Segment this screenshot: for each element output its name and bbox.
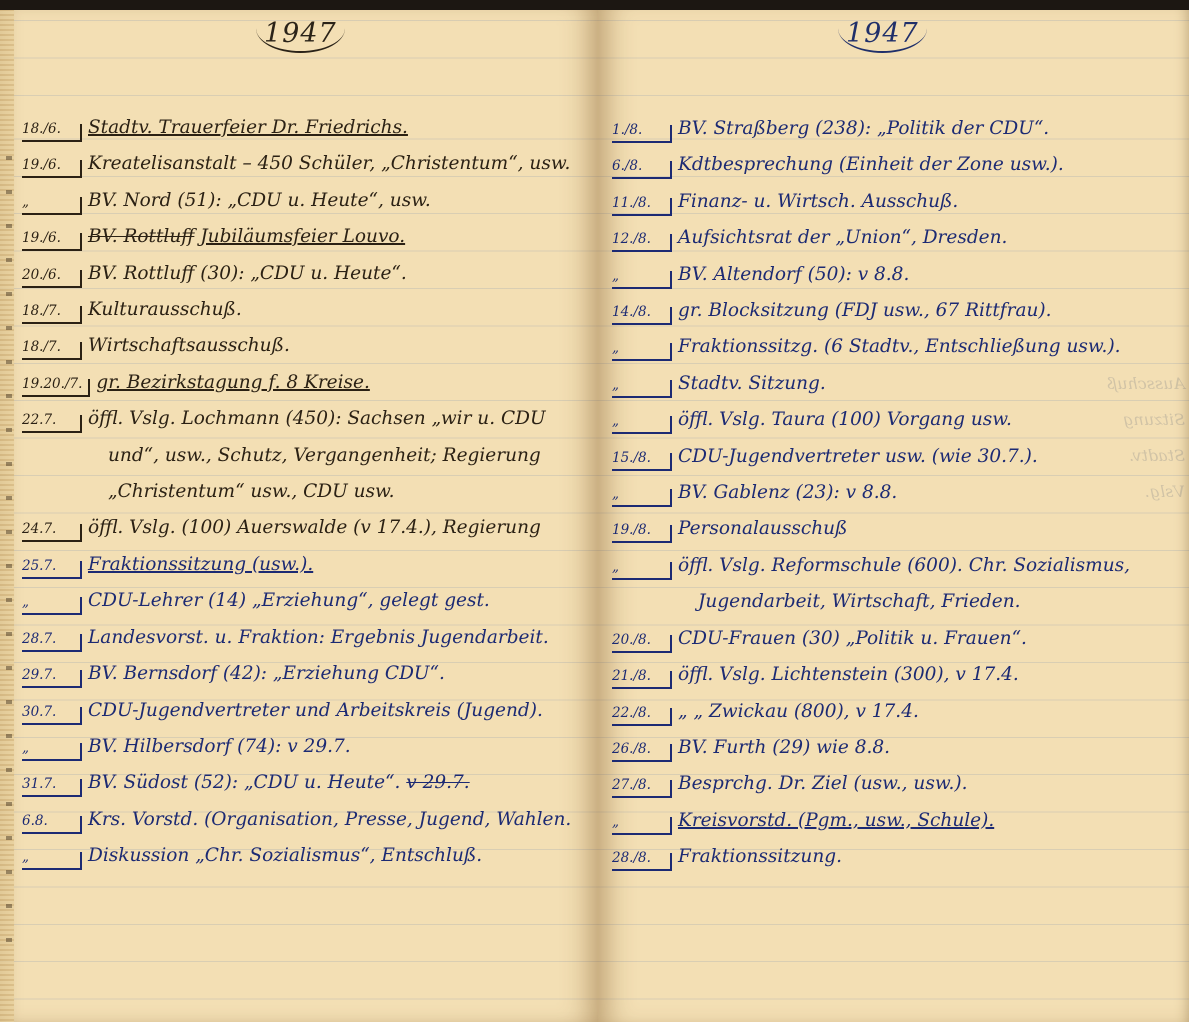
entry-date: 14./8. [612, 301, 672, 325]
entry-date: 28./8. [612, 847, 672, 871]
diary-entry: 1./8. BV. Straßberg (238): „Politik der … [612, 111, 1179, 147]
entry-text: BV. Südost (52): „CDU u. Heute“. [88, 765, 400, 801]
diary-entry: 28.7. Landesvorst. u. Fraktion: Ergebnis… [22, 620, 588, 656]
entry-date: 24.7. [22, 518, 82, 542]
entry-text: Fraktionssitzung (usw.). [88, 547, 313, 583]
entry-text: Kreisvorstd. (Pgm., usw., Schule). [678, 803, 994, 839]
entry-text: CDU-Jugendvertreter usw. (wie 30.7.). [678, 439, 1038, 475]
notebook-spread: 1947 18./6. Stadtv. Trauerfeier Dr. Frie… [0, 6, 1189, 1022]
book-top-edge [0, 0, 1189, 10]
entry-date: 18./6. [22, 118, 82, 142]
diary-entry: „ BV. Nord (51): „CDU u. Heute“, usw. [22, 183, 588, 219]
diary-entry: 6.8. Krs. Vorstd. (Organisation, Presse,… [22, 802, 588, 838]
entry-text: Wirtschaftsausschuß. [88, 328, 290, 364]
right-page: AusschußSitzungStadtv.Vslg. 1947 1./8. B… [598, 6, 1189, 1022]
entry-text: BV. Straßberg (238): „Politik der CDU“. [678, 111, 1049, 147]
diary-entry: 20./6. BV. Rottluff (30): „CDU u. Heute“… [22, 256, 588, 292]
entry-text: CDU-Lehrer (14) „Erziehung“, gelegt gest… [88, 583, 490, 619]
entry-text: Krs. Vorstd. (Organisation, Presse, Juge… [88, 802, 571, 838]
left-entry-list: 18./6. Stadtv. Trauerfeier Dr. Friedrich… [22, 110, 588, 875]
entry-date: 18./7. [22, 336, 82, 360]
entry-date: 18./7. [22, 300, 82, 324]
entry-date: 31.7. [22, 773, 82, 797]
diary-entry: „ Fraktionssitzg. (6 Stadtv., Entschließ… [612, 329, 1179, 365]
diary-entry: 18./7. Kulturausschuß. [22, 292, 588, 328]
diary-entry: 14./8. gr. Blocksitzung (FDJ usw., 67 Ri… [612, 293, 1179, 329]
entry-date: 28.7. [22, 628, 82, 652]
diary-entry: 12./8. Aufsichtsrat der „Union“, Dresden… [612, 220, 1179, 256]
entry-text: öffl. Vslg. (100) Auerswalde (v 17.4.), … [88, 510, 541, 546]
diary-entry: „ CDU-Lehrer (14) „Erziehung“, gelegt ge… [22, 583, 588, 619]
entry-struck-text: BV. Rottluff [88, 219, 194, 255]
entry-struck-text: v 29.7. [406, 765, 469, 801]
entry-text: öffl. Vslg. Lichtenstein (300), v 17.4. [678, 657, 1019, 693]
entry-text: Fraktionssitzg. (6 Stadtv., Entschließun… [678, 329, 1121, 365]
diary-entry: „ BV. Hilbersdorf (74): v 29.7. [22, 729, 588, 765]
entry-text: öffl. Vslg. Lochmann (450): Sachsen „wir… [88, 408, 546, 429]
entry-text: Finanz- u. Wirtsch. Ausschuß. [678, 184, 958, 220]
diary-entry: 25.7. Fraktionssitzung (usw.). [22, 547, 588, 583]
entry-text: BV. Nord (51): „CDU u. Heute“, usw. [88, 183, 431, 219]
entry-date: 20./8. [612, 629, 672, 653]
diary-entry: 21./8. öffl. Vslg. Lichtenstein (300), v… [612, 657, 1179, 693]
diary-entry: 20./8. CDU-Frauen (30) „Politik u. Fraue… [612, 621, 1179, 657]
entry-text: BV. Bernsdorf (42): „Erziehung CDU“. [88, 656, 445, 692]
entry-date: 29.7. [22, 664, 82, 688]
entry-text: Aufsichtsrat der „Union“, Dresden. [678, 220, 1007, 256]
diary-entry: 11./8. Finanz- u. Wirtsch. Ausschuß. [612, 184, 1179, 220]
entry-date: 19./6. [22, 227, 82, 251]
entry-text: Kdtbesprechung (Einheit der Zone usw.). [678, 147, 1064, 183]
entry-date: „ [612, 410, 672, 434]
entry-date: 6./8. [612, 155, 672, 179]
entry-text-block: öffl. Vslg. Reformschule (600). Chr. Soz… [678, 548, 1130, 621]
entry-continuation: und“, usw., Schutz, Vergangenheit; Regie… [88, 438, 546, 474]
entry-date: 22.7. [22, 409, 82, 433]
entry-text: Landesvorst. u. Fraktion: Ergebnis Jugen… [88, 620, 549, 656]
year-header-right: 1947 [838, 18, 927, 53]
entry-text: gr. Bezirkstagung f. 8 Kreise. [96, 365, 369, 401]
entry-date: 20./6. [22, 264, 82, 288]
entry-date: 21./8. [612, 665, 672, 689]
entry-text: gr. Blocksitzung (FDJ usw., 67 Rittfrau)… [678, 293, 1052, 329]
entry-text: Stadtv. Sitzung. [678, 366, 826, 402]
diary-entry: 18./7. Wirtschaftsausschuß. [22, 328, 588, 364]
entry-date: 1./8. [612, 119, 672, 143]
diary-entry: 30.7. CDU-Jugendvertreter und Arbeitskre… [22, 693, 588, 729]
entry-date: „ [612, 265, 672, 289]
entry-text: BV. Furth (29) wie 8.8. [678, 730, 890, 766]
entry-date: „ [22, 737, 82, 761]
diary-entry: 24.7. öffl. Vslg. (100) Auerswalde (v 17… [22, 510, 588, 546]
entry-text: BV. Altendorf (50): v 8.8. [678, 257, 909, 293]
diary-entry: „ öffl. Vslg. Reformschule (600). Chr. S… [612, 548, 1179, 621]
entry-date: 25.7. [22, 555, 82, 579]
diary-entry: 6./8. Kdtbesprechung (Einheit der Zone u… [612, 147, 1179, 183]
entry-text: „ „ Zwickau (800), v 17.4. [678, 694, 919, 730]
diary-entry: „ Stadtv. Sitzung. [612, 366, 1179, 402]
diary-entry: 22.7. öffl. Vslg. Lochmann (450): Sachse… [22, 401, 588, 510]
entry-text: CDU-Jugendvertreter und Arbeitskreis (Ju… [88, 693, 543, 729]
diary-entry: 19./6. BV. Rottluff Jubiläumsfeier Louvo… [22, 219, 588, 255]
entry-date: 26./8. [612, 738, 672, 762]
entry-text: Diskussion „Chr. Sozialismus“, Entschluß… [88, 838, 482, 874]
entry-date: 19./8. [612, 519, 672, 543]
entry-date: 19.20./7. [22, 373, 90, 397]
entry-text: Personalausschuß [678, 511, 847, 547]
diary-entry: „ BV. Altendorf (50): v 8.8. [612, 257, 1179, 293]
entry-text: Besprchg. Dr. Ziel (usw., usw.). [678, 766, 967, 802]
diary-entry: 19./6. Kreatelisanstalt – 450 Schüler, „… [22, 146, 588, 182]
diary-entry: 18./6. Stadtv. Trauerfeier Dr. Friedrich… [22, 110, 588, 146]
entry-date: „ [22, 591, 82, 615]
left-page: 1947 18./6. Stadtv. Trauerfeier Dr. Frie… [0, 6, 598, 1022]
entry-text: BV. Gablenz (23): v 8.8. [678, 475, 897, 511]
entry-date: „ [22, 191, 82, 215]
diary-entry: „ öffl. Vslg. Taura (100) Vorgang usw. [612, 402, 1179, 438]
diary-entry: 19./8. Personalausschuß [612, 511, 1179, 547]
entry-text: Stadtv. Trauerfeier Dr. Friedrichs. [88, 110, 408, 146]
diary-entry: 15./8. CDU-Jugendvertreter usw. (wie 30.… [612, 439, 1179, 475]
entry-text: BV. Hilbersdorf (74): v 29.7. [88, 729, 351, 765]
right-entry-list: 1./8. BV. Straßberg (238): „Politik der … [612, 111, 1179, 876]
entry-text: öffl. Vslg. Reformschule (600). Chr. Soz… [678, 555, 1130, 576]
entry-date: „ [612, 811, 672, 835]
entry-continuation: „Christentum“ usw., CDU usw. [88, 474, 546, 510]
diary-entry: 29.7. BV. Bernsdorf (42): „Erziehung CDU… [22, 656, 588, 692]
entry-text: Kulturausschuß. [88, 292, 242, 328]
diary-entry: „ Kreisvorstd. (Pgm., usw., Schule). [612, 803, 1179, 839]
entry-date: 12./8. [612, 228, 672, 252]
entry-date: „ [612, 374, 672, 398]
entry-date: „ [612, 483, 672, 507]
entry-date: 30.7. [22, 701, 82, 725]
entry-text: Jubiläumsfeier Louvo. [200, 219, 405, 255]
entry-text: öffl. Vslg. Taura (100) Vorgang usw. [678, 402, 1012, 438]
entry-text: BV. Rottluff (30): „CDU u. Heute“. [88, 256, 407, 292]
entry-text: Kreatelisanstalt – 450 Schüler, „Christe… [88, 146, 570, 182]
diary-entry: „ BV. Gablenz (23): v 8.8. [612, 475, 1179, 511]
diary-entry: 26./8. BV. Furth (29) wie 8.8. [612, 730, 1179, 766]
diary-entry: 31.7. BV. Südost (52): „CDU u. Heute“. v… [22, 765, 588, 801]
entry-date: 11./8. [612, 192, 672, 216]
entry-date: „ [22, 846, 82, 870]
entry-continuation: Jugendarbeit, Wirtschaft, Frieden. [678, 584, 1130, 620]
margin-marks [6, 126, 12, 946]
entry-text: Fraktionssitzung. [678, 839, 842, 875]
diary-entry: „ Diskussion „Chr. Sozialismus“, Entschl… [22, 838, 588, 874]
entry-date: 15./8. [612, 447, 672, 471]
entry-date: 27./8. [612, 774, 672, 798]
entry-date: „ [612, 337, 672, 361]
diary-entry: 19.20./7. gr. Bezirkstagung f. 8 Kreise. [22, 365, 588, 401]
diary-entry: 28./8. Fraktionssitzung. [612, 839, 1179, 875]
year-header-left: 1947 [256, 18, 345, 53]
entry-date: 22./8. [612, 702, 672, 726]
entry-date: 19./6. [22, 154, 82, 178]
diary-entry: 22./8. „ „ Zwickau (800), v 17.4. [612, 694, 1179, 730]
entry-text: CDU-Frauen (30) „Politik u. Frauen“. [678, 621, 1027, 657]
entry-date: „ [612, 556, 672, 580]
diary-entry: 27./8. Besprchg. Dr. Ziel (usw., usw.). [612, 766, 1179, 802]
entry-date: 6.8. [22, 810, 82, 834]
entry-text-block: öffl. Vslg. Lochmann (450): Sachsen „wir… [88, 401, 546, 510]
